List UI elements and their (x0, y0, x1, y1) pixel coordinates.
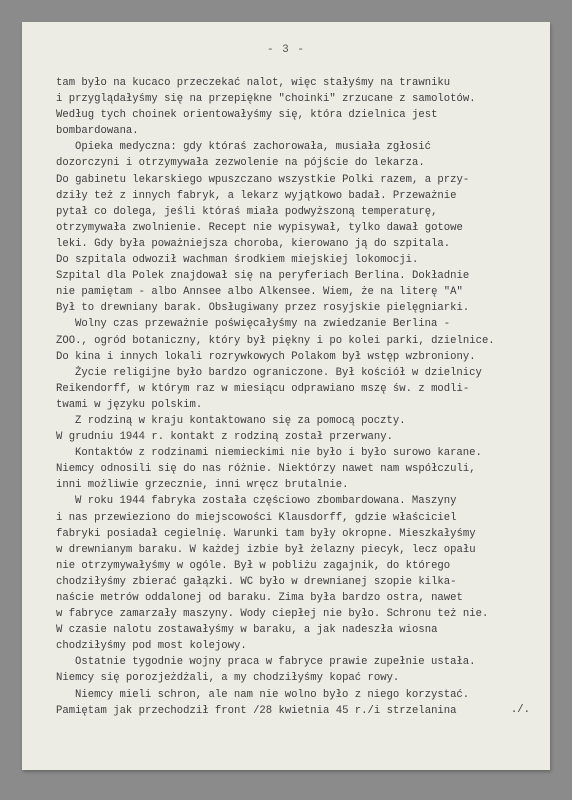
text-line: Reikendorff, w którym raz w miesiącu odp… (56, 381, 546, 397)
text-line: W grudniu 1944 r. kontakt z rodziną zost… (56, 429, 546, 445)
text-line: twami w języku polskim. (56, 397, 546, 413)
text-line: nie pamiętam - albo Annsee albo Alkensee… (56, 284, 546, 300)
text-line: Życie religijne było bardzo ograniczone.… (56, 365, 546, 381)
text-line: leki. Gdy była poważniejsza choroba, kie… (56, 236, 546, 252)
text-line: dozorczyni i otrzymywała zezwolenie na p… (56, 155, 546, 171)
document-page: - 3 - tam było na kucaco przeczekać nalo… (22, 22, 550, 770)
text-line: w drewnianym baraku. W każdej izbie był … (56, 542, 546, 558)
text-line: inni możliwie grzecznie, inni wręcz brut… (56, 477, 546, 493)
text-line: Opieka medyczna: gdy któraś zachorowała,… (56, 139, 546, 155)
text-line: Niemcy się porozjeżdżali, a my chodziłyś… (56, 670, 546, 686)
text-line: i przyglądałyśmy się na przepiękne "choi… (56, 91, 546, 107)
text-line: Wolny czas przeważnie poświęcałyśmy na z… (56, 316, 546, 332)
text-line: bombardowana. (56, 123, 546, 139)
typewritten-body: tam było na kucaco przeczekać nalot, wię… (56, 75, 546, 719)
text-line: nie otrzymywałyśmy w ogóle. Był w pobliż… (56, 558, 546, 574)
text-line: Ostatnie tygodnie wojny praca w fabryce … (56, 654, 546, 670)
text-line: ZOO., ogród botaniczny, który był piękny… (56, 333, 546, 349)
text-line: Z rodziną w kraju kontaktowano się za po… (56, 413, 546, 429)
text-line: chodziłyśmy zbierać gałązki. WC było w d… (56, 574, 546, 590)
continuation-mark: ./. (511, 704, 530, 716)
text-line: Kontaktów z rodzinami niemieckimi nie by… (56, 445, 546, 461)
text-line: Do gabinetu lekarskiego wpuszczano wszys… (56, 172, 546, 188)
text-line: Do kina i innych lokali rozrywkowych Pol… (56, 349, 546, 365)
text-line: tam było na kucaco przeczekać nalot, wię… (56, 75, 546, 91)
text-line: Niemcy mieli schron, ale nam nie wolno b… (56, 687, 546, 703)
text-line: chodziłyśmy pod most kolejowy. (56, 638, 546, 654)
text-line: otrzymywała zwolnienie. Recept nie wypis… (56, 220, 546, 236)
text-line: w fabryce zamarzały maszyny. Wody ciepłe… (56, 606, 546, 622)
text-line: i nas przewieziono do miejscowości Klaus… (56, 510, 546, 526)
text-line: naście metrów oddalonej od baraku. Zima … (56, 590, 546, 606)
text-line: Pamiętam jak przechodził front /28 kwiet… (56, 703, 546, 719)
text-line: Szpital dla Polek znajdował się na peryf… (56, 268, 546, 284)
text-line: W roku 1944 fabryka została częściowo zb… (56, 493, 546, 509)
text-line: W czasie nalotu zostawałyśmy w baraku, a… (56, 622, 546, 638)
page-number: - 3 - (22, 44, 550, 56)
text-line: dziły też z innych fabryk, a lekarz wyją… (56, 188, 546, 204)
text-line: Był to drewniany barak. Obsługiwany prze… (56, 300, 546, 316)
text-line: pytał co dolega, jeśli któraś miała podw… (56, 204, 546, 220)
text-line: Niemcy odnosili się do nas różnie. Niekt… (56, 461, 546, 477)
text-line: Do szpitala odwoził wachman środkiem mie… (56, 252, 546, 268)
text-line: Według tych choinek orientowałyśmy się, … (56, 107, 546, 123)
text-line: fabryki posiadał cegielnię. Warunki tam … (56, 526, 546, 542)
